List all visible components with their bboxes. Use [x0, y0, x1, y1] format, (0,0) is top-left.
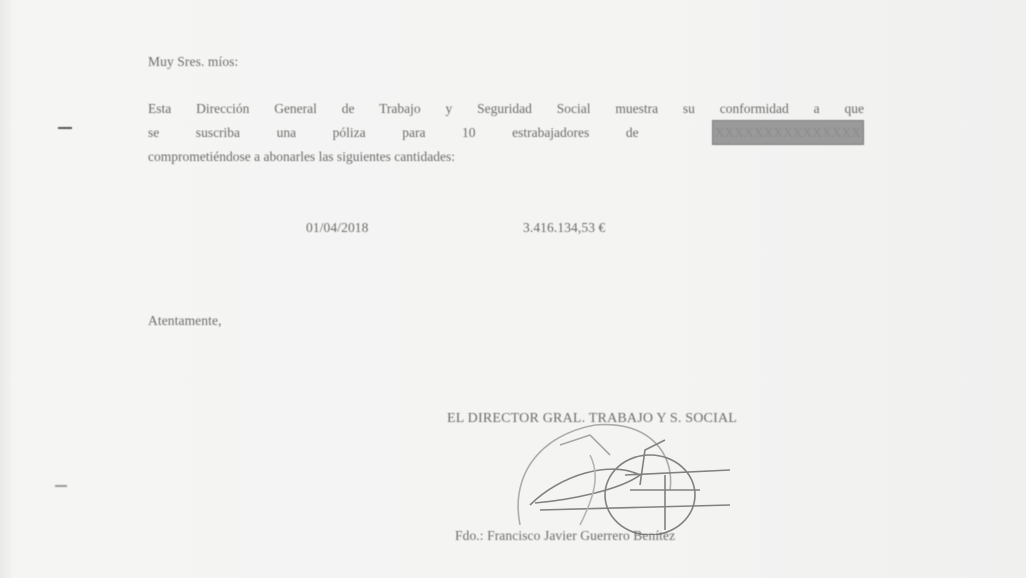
body-line-3: comprometiéndose a abonarles las siguien… [148, 145, 864, 168]
body-line-1: Esta Dirección General de Trabajo y Segu… [148, 97, 864, 120]
redacted-company-name: XXXXXXXXXXXXXXX [712, 120, 864, 145]
payment-date: 01/04/2018 [306, 220, 369, 236]
body-line-2: se suscriba una póliza para 10 estrabaja… [148, 120, 864, 145]
body-paragraph: Esta Dirección General de Trabajo y Segu… [148, 97, 864, 168]
margin-mark [55, 485, 67, 487]
signer-name: Fdo.: Francisco Javier Guerrero Benítez [455, 528, 675, 544]
scanned-letter-page: Muy Sres. míos: Esta Dirección General d… [0, 0, 1026, 578]
greeting: Muy Sres. míos: [148, 54, 238, 70]
signature-stamp-icon [500, 415, 760, 535]
payment-amount: 3.416.134,53 € [523, 220, 605, 236]
margin-mark [58, 127, 72, 129]
closing: Atentamente, [148, 313, 222, 329]
